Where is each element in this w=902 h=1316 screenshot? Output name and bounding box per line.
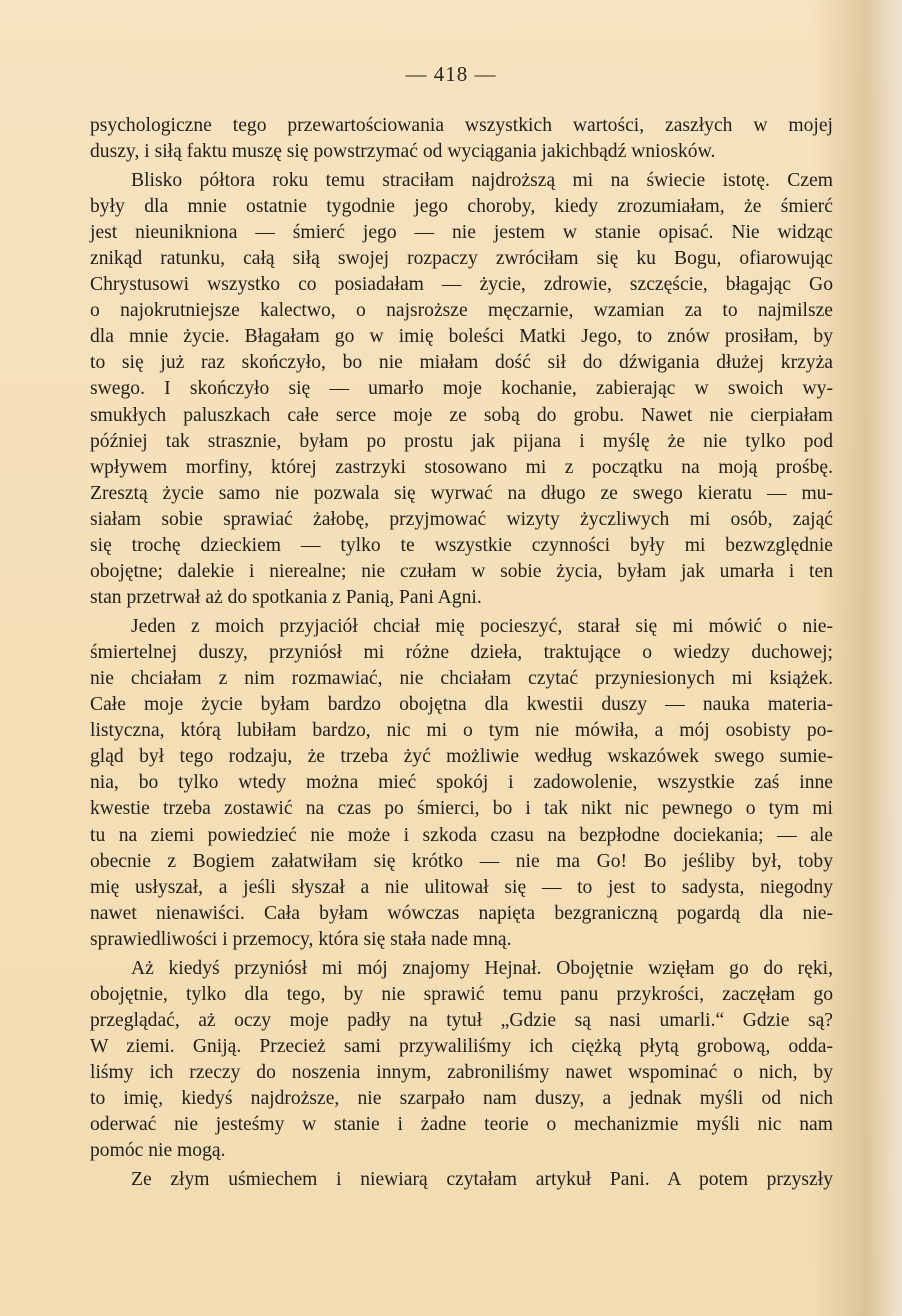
text-line: Blisko półtora roku temu straciłam najdr… xyxy=(90,168,833,194)
text-line: listyczna, którą lubiłam bardzo, nic mi … xyxy=(90,718,833,744)
text-line: śmiertelnej duszy, przyniósł mi różne dz… xyxy=(90,640,833,666)
text-line: Chrystusowi wszystko co posiadałam — życ… xyxy=(90,272,833,298)
text-line: nia, bo tylko wtedy można mieć spokój i … xyxy=(90,770,833,796)
body-text: psychologiczne tego przewartościowania w… xyxy=(90,113,833,1193)
text-line: pomóc nie mogą. xyxy=(90,1138,833,1164)
text-line: Zresztą życie samo nie pozwala się wyrwa… xyxy=(90,481,833,507)
text-line: smukłych paluszkach całe serce moje ze s… xyxy=(90,403,833,429)
text-line: Całe moje życie byłam bardzo obojętna dl… xyxy=(90,692,833,718)
text-line: dla mnie życie. Błagałam go w imię boleś… xyxy=(90,324,833,350)
text-line: wpływem morfiny, której zastrzyki stosow… xyxy=(90,455,833,481)
text-line: psychologiczne tego przewartościowania w… xyxy=(90,113,833,139)
text-line: oderwać nie jesteśmy w stanie i żadne te… xyxy=(90,1112,833,1138)
text-line: kwestie trzeba zostawić na czas po śmier… xyxy=(90,796,833,822)
text-line: nie chciałam z nim rozmawiać, nie chciał… xyxy=(90,666,833,692)
text-line: duszy, i siłą faktu muszę się powstrzyma… xyxy=(90,139,833,165)
text-line: były dla mnie ostatnie tygodnie jego cho… xyxy=(90,194,833,220)
text-line: stan przetrwał aż do spotkania z Panią, … xyxy=(90,585,833,611)
text-line: swego. I skończyło się — umarło moje koc… xyxy=(90,376,833,402)
text-line: to się już raz skończyło, bo nie miałam … xyxy=(90,350,833,376)
text-line: obecnie z Bogiem załatwiłam się krótko —… xyxy=(90,849,833,875)
text-line: siałam sobie sprawiać żałobę, przyjmować… xyxy=(90,507,833,533)
text-line: Aż kiedyś przyniósł mi mój znajomy Hejna… xyxy=(90,956,833,982)
text-line: obojętnie, tylko dla tego, by nie sprawi… xyxy=(90,982,833,1008)
page-number: — 418 — xyxy=(0,62,902,87)
text-line: Ze złym uśmiechem i niewiarą czytałam ar… xyxy=(90,1167,833,1193)
text-line: nawet nienawiści. Cała byłam wówczas nap… xyxy=(90,901,833,927)
text-line: tu na ziemi powiedzieć nie może i szkoda… xyxy=(90,823,833,849)
text-line: się trochę dzieckiem — tylko te wszystki… xyxy=(90,533,833,559)
text-line: o najokrutniejsze kalectwo, o najsroższe… xyxy=(90,298,833,324)
paragraph: Jeden z moich przyjaciół chciał mię poci… xyxy=(90,614,833,953)
paragraph: Ze złym uśmiechem i niewiarą czytałam ar… xyxy=(90,1167,833,1193)
text-line: obojętne; dalekie i nierealne; nie czuła… xyxy=(90,559,833,585)
text-line: jest nieunikniona — śmierć jego — nie je… xyxy=(90,220,833,246)
text-line: liśmy ich rzeczy do noszenia innym, zabr… xyxy=(90,1060,833,1086)
text-line: przeglądać, aż oczy moje padły na tytuł … xyxy=(90,1008,833,1034)
paragraph: Aż kiedyś przyniósł mi mój znajomy Hejna… xyxy=(90,956,833,1165)
text-line: później tak strasznie, byłam po prostu j… xyxy=(90,429,833,455)
text-line: W ziemi. Gniją. Przecież sami przywalili… xyxy=(90,1034,833,1060)
paragraph: Blisko półtora roku temu straciłam najdr… xyxy=(90,168,833,612)
text-line: znikąd ratunku, całą siłą swojej rozpacz… xyxy=(90,246,833,272)
text-line: to imię, kiedyś najdroższe, nie szarpało… xyxy=(90,1086,833,1112)
text-line: mię usłyszał, a jeśli słyszał a nie ulit… xyxy=(90,875,833,901)
text-line: Jeden z moich przyjaciół chciał mię poci… xyxy=(90,614,833,640)
text-line: sprawiedliwości i przemocy, która się st… xyxy=(90,927,833,953)
paragraph: psychologiczne tego przewartościowania w… xyxy=(90,113,833,165)
book-page: — 418 — psychologiczne tego przewartości… xyxy=(0,0,902,1316)
text-line: gląd był tego rodzaju, że trzeba żyć moż… xyxy=(90,744,833,770)
